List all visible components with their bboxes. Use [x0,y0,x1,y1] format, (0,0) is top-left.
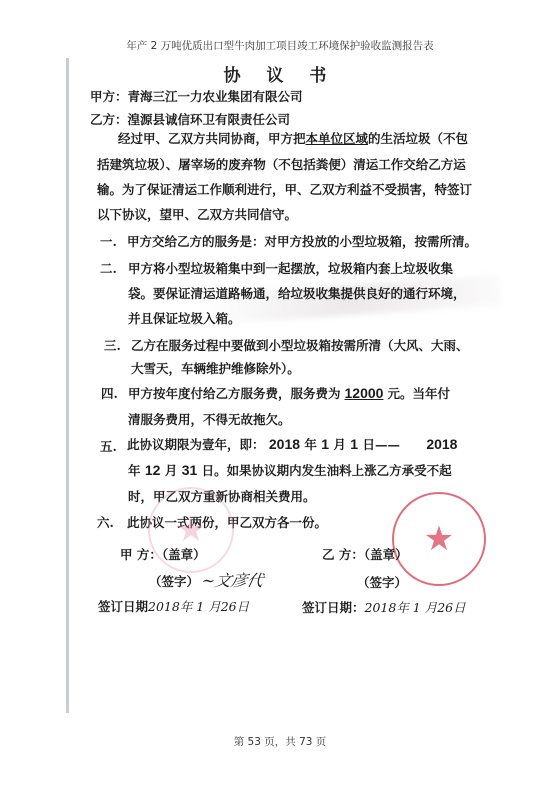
clause-3-num: 三. [104,336,121,354]
clause-4-line-2: 清服务费用，不得无故拖欠。 [128,410,291,428]
start-month: 1 [321,436,329,452]
clause-2-line-2: 袋。要保证清运道路畅通，给垃圾收集提供良好的通行环境， [128,284,466,302]
party-b: 乙方：湟源县诚信环卫有限责任公司 [90,110,290,128]
clause-6-num: 六. [97,513,114,531]
date-value: 2018年 1 月26日 [365,600,466,615]
intro-text: 的生活垃圾（不包 [368,131,468,146]
clause-2-line-1: 甲方将小型垃圾箱集中到一起摆放，垃圾箱内套上垃圾收集 [128,259,453,277]
party-b-sign-label: （签字） [357,573,407,591]
end-year: 2018 [426,436,457,452]
intro-line-1: 经过甲、乙双方共同协商，甲方把本单位区域的生活垃圾（不包 [118,129,468,147]
clause-2-line-3: 并且保证垃圾入箱。 [128,309,241,327]
clause-5-line-1: 此协议期限为壹年，即： 2018 年 1 月 1 日—— 2018 [127,435,457,453]
start-year: 2018 [269,436,300,452]
party-a-name: 青海三江一力农业集团有限公司 [128,89,303,104]
clause-4-text: 甲方按年度付给乙方服务费，服务费为 [128,386,341,401]
party-b-label: 乙方： [90,112,128,127]
day-char: 日。 [202,463,227,478]
clause-1-num: 一. [100,232,117,250]
party-a-label: 甲方： [90,89,128,104]
year-char: 年 [128,463,141,478]
party-a-handwritten-signature: ~文彦代 [200,568,266,591]
clause-4-num: 四. [101,384,118,402]
clause-5-line-2: 年 12 月 31 日。如果协议期内发生油料上涨乙方承受不起 [128,461,452,479]
clause-3-line-2: 大雪天，车辆维护维修除外）。 [131,359,300,377]
month-char: 月 [333,437,346,452]
star-icon: ★ [176,513,206,547]
clause-4-line-1: 甲方按年度付给乙方服务费，服务费为12000元。当年付 [128,384,450,402]
intro-text: 经过甲、乙双方共同协商，甲方把 [118,131,306,146]
party-a-sign-label: （签字） [149,572,199,590]
clause-3-line-1: 乙方在服务过程中要做到小型垃圾箱按需所清（大风、大雨、 [131,336,469,354]
intro-line-3: 输。为了保证清运工作顺利进行，甲、乙双方利益不受损害，特签订 [97,180,472,198]
clause-2-num: 二. [100,259,117,277]
page-footer: 第 53 页，共 73 页 [0,734,560,749]
intro-line-2: 括建筑垃圾）、屠宰场的废弃物（不包括粪便）清运工作交给乙方运 [97,155,466,173]
intro-line-4: 以下协议，望甲、乙双方共同信守。 [97,205,297,223]
party-b-seal-stamp: ★ [392,492,486,586]
month-char: 月 [165,463,178,478]
party-b-sign-date: 签订日期：2018年 1 月26日 [302,598,466,616]
clause-5-num: 五. [100,437,117,455]
clause-5-text: 如果协议期内发生油料上涨乙方承受不起 [227,463,452,478]
clause-1-text: 甲方交给乙方的服务是：对甲方投放的小型垃圾箱，按需所清。 [127,232,477,250]
party-a-sign-date: 签订日期2018年 1 月26日 [98,597,249,615]
clause-4-text: 元。当年付 [387,386,450,401]
service-fee-amount: 12000 [341,385,388,401]
page-header: 年产 2 万吨优质出口型牛肉加工项目竣工环境保护验收监测报告表 [0,38,560,53]
document-title: 协 议 书 [0,61,560,86]
date-value: 2018年 1 月26日 [148,599,249,614]
party-b-seal-label: 乙 方：（盖章） [322,545,408,563]
underlined-area: 本单位区域 [306,131,369,146]
date-label: 签订日期： [302,600,365,615]
clause-5-text: 此协议期限为壹年，即： [127,437,265,452]
date-label: 签订日期 [98,599,148,614]
date-dash: —— [375,437,400,452]
party-a-seal-label: 甲 方：（盖章） [120,545,206,563]
start-day: 1 [350,436,358,452]
end-month: 12 [145,462,161,478]
day-char: 日 [362,437,375,452]
end-day: 31 [182,462,198,478]
year-char: 年 [304,437,317,452]
party-a: 甲方：青海三江一力农业集团有限公司 [90,87,303,105]
party-b-name: 湟源县诚信环卫有限责任公司 [128,112,291,127]
star-icon: ★ [424,522,454,556]
